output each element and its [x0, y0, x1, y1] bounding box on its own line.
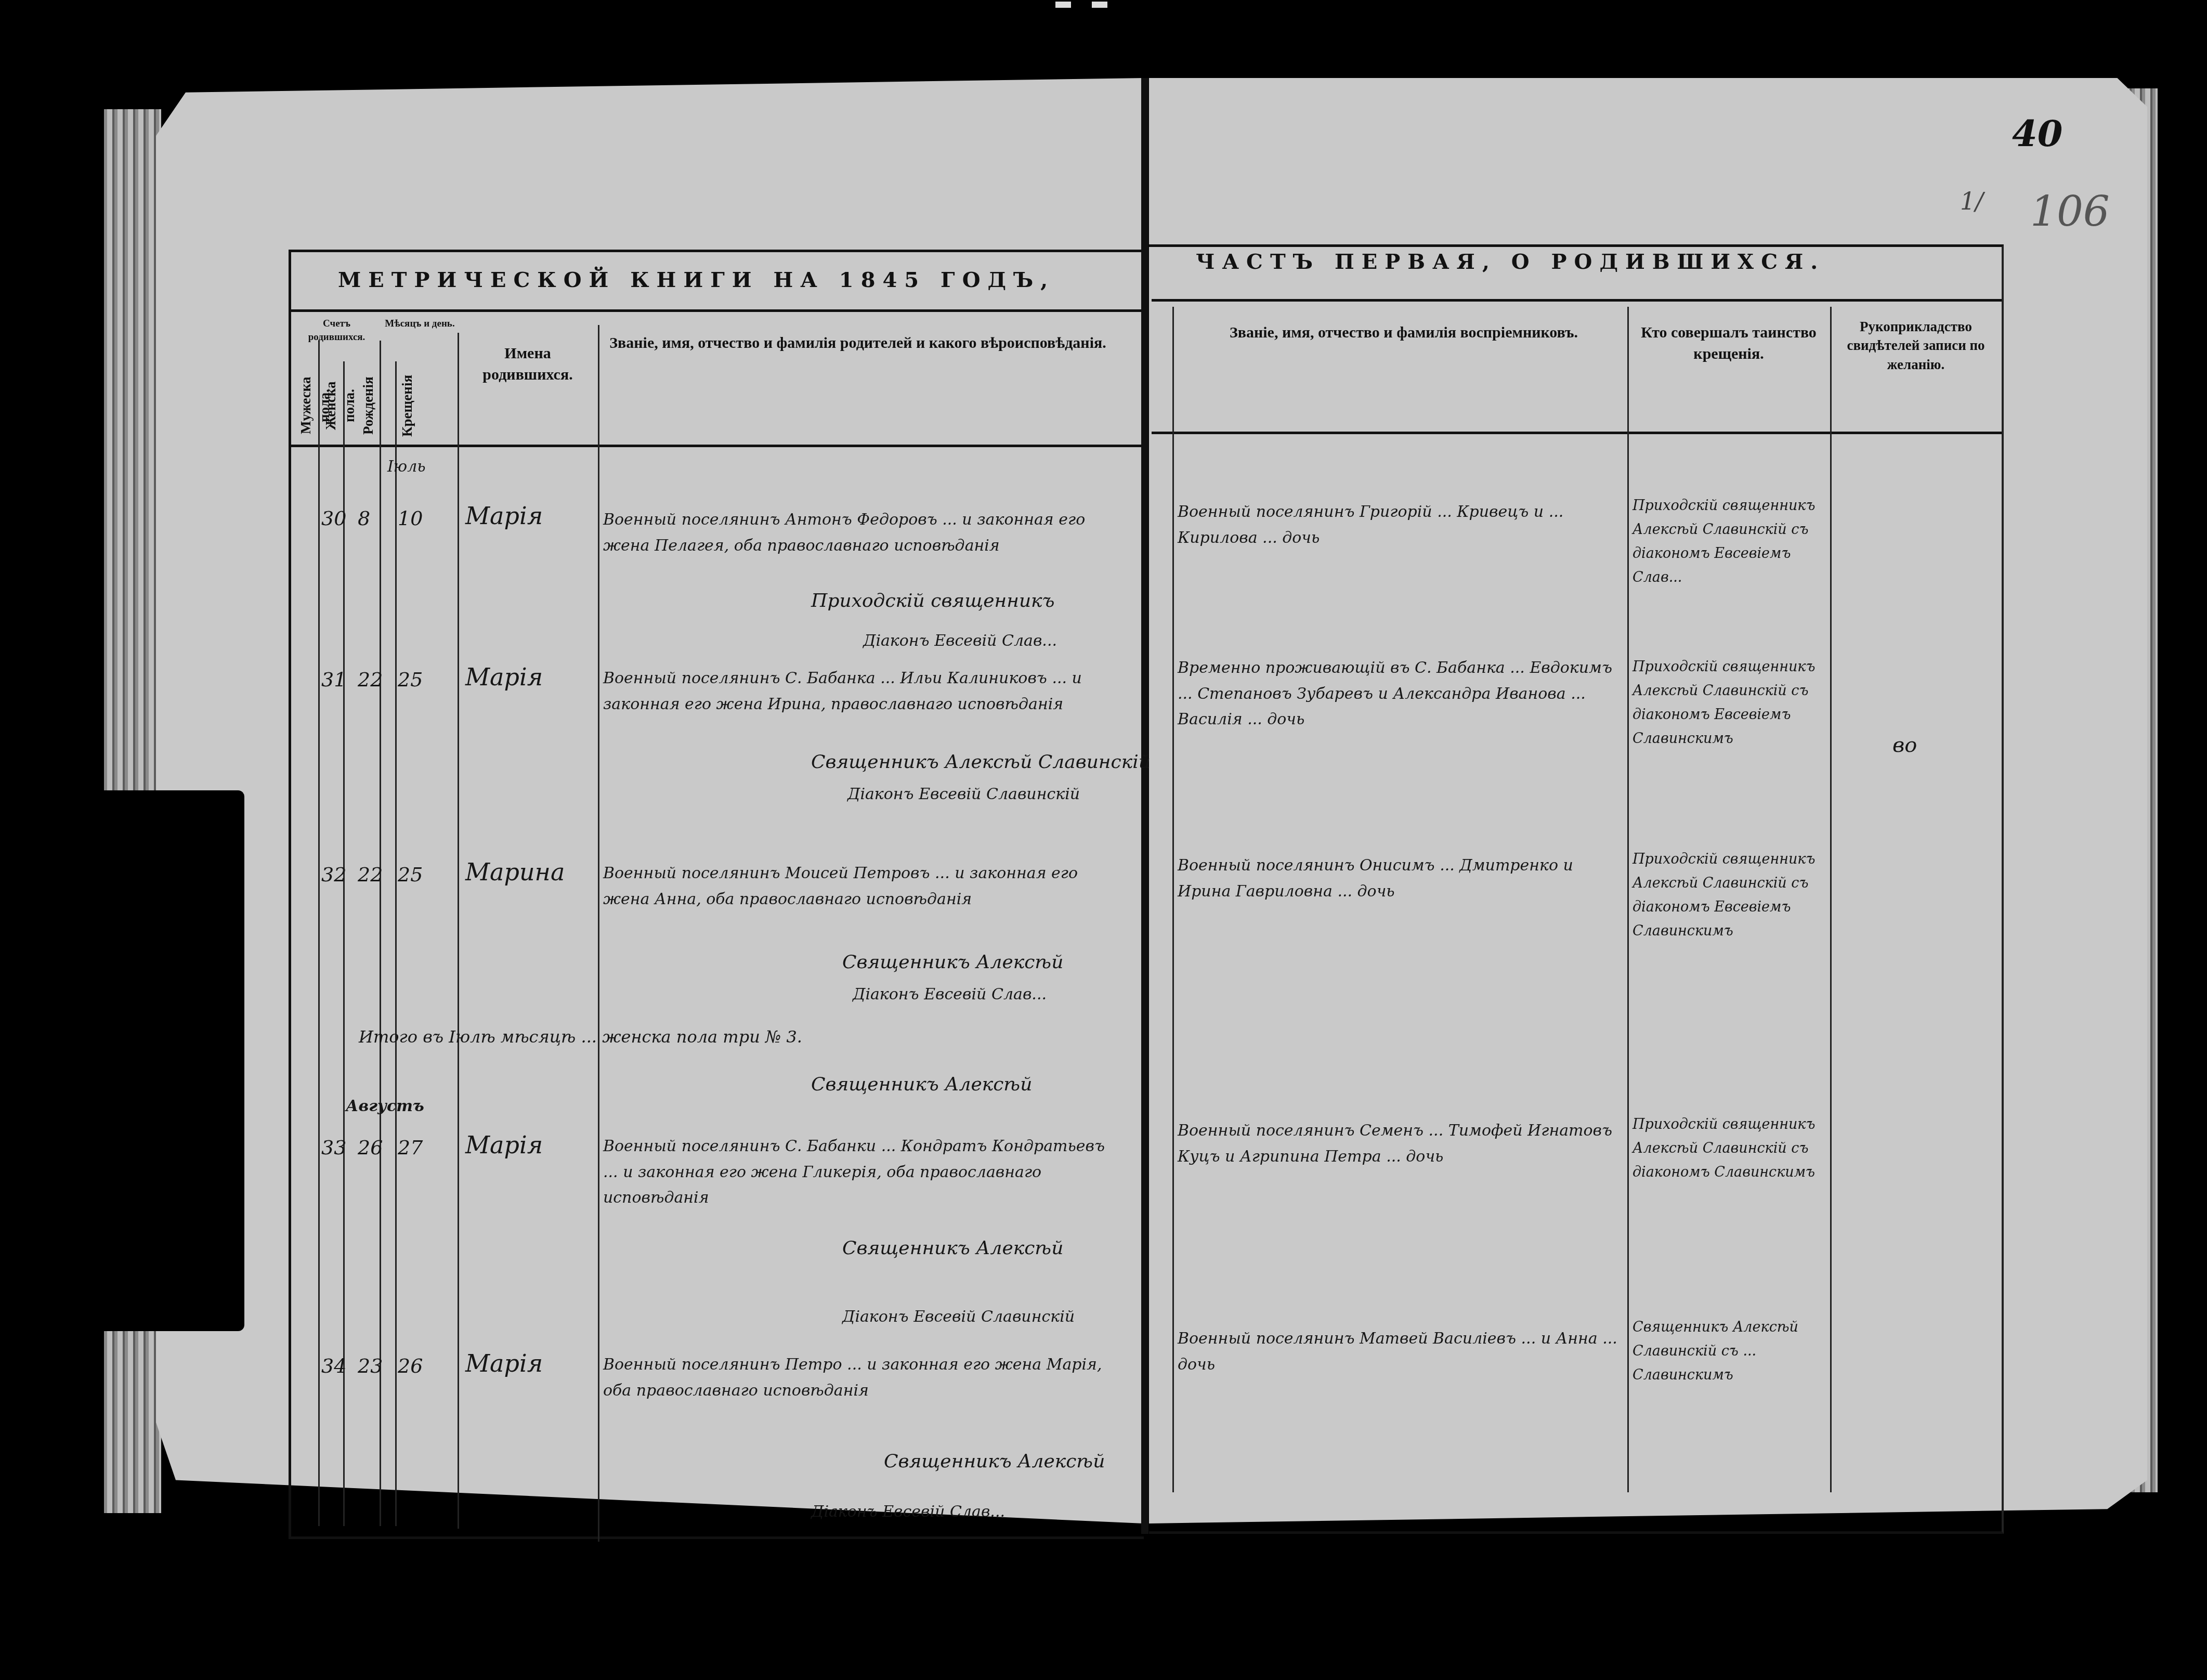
header-bottom-rule-right: [1152, 432, 2002, 434]
col-rule: [380, 341, 381, 1526]
folio-number-pencil: 106: [2030, 187, 2110, 236]
entry-signature-priest-above: Священникъ Алексѣй: [811, 1074, 1032, 1095]
entry-number: 31: [321, 668, 346, 691]
header-names: Имена родившихся.: [463, 343, 593, 385]
entry-parents: Военный поселянинъ С. Бабанка ... Ильи К…: [603, 666, 1113, 717]
header-top-rule-right: [1152, 299, 2002, 302]
header-birth-day: Рожденія: [359, 369, 377, 442]
month-label-july: Іюль: [387, 458, 426, 476]
entry-baptism-day: 25: [398, 863, 423, 886]
col-rule: [1627, 307, 1629, 1492]
entry-godparents: Временно проживающій въ С. Бабанка ... Е…: [1178, 655, 1625, 733]
entry-baptism-day: 26: [398, 1355, 423, 1377]
entry-godparents: Военный поселянинъ Семенъ ... Тимофей Иг…: [1178, 1118, 1625, 1169]
margin-note: во: [1892, 733, 1917, 757]
entry-child-name: Марія: [465, 502, 543, 530]
header-officiant: Кто совершалъ таинство крещенія.: [1633, 322, 1825, 364]
entry-signature-priest: Священникъ Алексѣй: [842, 1238, 1063, 1259]
entry-signature-priest: Приходскій священникъ: [811, 590, 1055, 611]
header-baptism-day: Крещенія: [398, 369, 416, 442]
entry-officiant: Приходскій священникъ Алексѣй Славинскій…: [1633, 494, 1825, 590]
entry-child-name: Марія: [465, 1349, 543, 1377]
col-rule: [1172, 307, 1174, 1492]
entry-number: 30: [321, 507, 346, 530]
entry-signature-deacon: Діаконъ Евсевій Слав...: [863, 632, 1057, 650]
top-marker: [1055, 0, 1175, 12]
header-count-male: Мужеска пола.: [296, 369, 317, 442]
col-rule: [343, 361, 345, 1526]
folio-slash-mark: 1/: [1960, 187, 1983, 215]
entry-signature-deacon: Діаконъ Евсевій Славинскій: [842, 1308, 1075, 1326]
entry-number: 33: [321, 1136, 346, 1159]
header-godparents: Званіе, имя, отчество и фамилія воспріем…: [1196, 322, 1612, 344]
entry-birth-day: 22: [358, 863, 383, 886]
entry-officiant: Приходскій священникъ Алексѣй Славинскій…: [1633, 1113, 1825, 1184]
entry-officiant: Приходскій священникъ Алексѣй Славинскій…: [1633, 848, 1825, 943]
entry-signature-deacon: Діаконъ Евсевій Славинскій: [847, 785, 1080, 803]
entry-parents: Военный поселянинъ Моисей Петровъ ... и …: [603, 861, 1113, 912]
entry-birth-day: 8: [358, 507, 370, 530]
entry-godparents: Военный поселянинъ Онисимъ ... Дмитренко…: [1178, 853, 1625, 904]
header-top-rule-left: [291, 309, 1141, 312]
entry-signature-priest: Священникъ Алексѣй Славинскій: [811, 751, 1151, 773]
entry-signature-priest: Священникъ Алексѣй: [842, 952, 1063, 973]
entry-officiant: Священникъ Алексѣй Славинскій съ ... Сла…: [1633, 1316, 1825, 1387]
entry-baptism-day: 25: [398, 668, 423, 691]
header-count-female: Женска пола.: [321, 369, 342, 442]
entry-parents: Военный поселянинъ С. Бабанки ... Кондра…: [603, 1134, 1113, 1211]
month-summary-line: Итого въ Іюлѣ мѣсяцѣ ... женска пола три…: [359, 1027, 802, 1047]
entry-birth-day: 26: [358, 1136, 383, 1159]
entry-baptism-day: 27: [398, 1136, 423, 1159]
entry-signature-priest: Священникъ Алексѣй: [884, 1451, 1105, 1472]
left-page-title: МЕТРИЧЕСКОЙ КНИГИ НА 1845 ГОДЪ,: [338, 268, 1055, 292]
folio-number-ink: 40: [2012, 112, 2062, 155]
entry-godparents: Военный поселянинъ Григорій ... Кривецъ …: [1178, 499, 1625, 551]
entry-signature-deacon: Діаконъ Евсевій Слав...: [811, 1503, 1005, 1521]
col-rule: [318, 341, 320, 1526]
header-signatures: Рукоприкладство свидѣтелей записи по жел…: [1835, 317, 1996, 374]
book-clamp: [0, 790, 244, 1331]
right-page-title: ЧАСТЪ ПЕРВАЯ, О РОДИВШИХСЯ.: [1196, 250, 1825, 274]
entry-child-name: Марина: [465, 858, 565, 886]
entry-birth-day: 22: [358, 668, 383, 691]
col-rule: [1830, 307, 1832, 1492]
header-parents: Званіе, имя, отчество и фамилія родителе…: [608, 333, 1107, 354]
col-rule: [598, 325, 599, 1542]
entry-baptism-day: 10: [398, 507, 423, 530]
entry-number: 34: [321, 1355, 346, 1377]
month-label-august: Августъ: [346, 1097, 424, 1115]
header-bottom-rule-left: [291, 445, 1141, 447]
entry-godparents: Военный поселянинъ Матвей Василіевъ ... …: [1178, 1326, 1625, 1377]
entry-child-name: Марія: [465, 663, 543, 691]
col-rule: [458, 333, 459, 1529]
entry-signature-deacon: Діаконъ Евсевій Слав...: [853, 985, 1047, 1004]
entry-child-name: Марія: [465, 1131, 543, 1159]
entry-parents: Военный поселянинъ Антонъ Федоровъ ... и…: [603, 507, 1113, 558]
header-date: Мѣсяцъ и день.: [382, 317, 458, 331]
entry-number: 32: [321, 863, 346, 886]
header-count: Счетъ родившихся.: [294, 317, 380, 344]
entry-parents: Военный поселянинъ Петро ... и законная …: [603, 1352, 1113, 1403]
col-rule: [395, 361, 397, 1526]
entry-birth-day: 23: [358, 1355, 383, 1377]
entry-officiant: Приходскій священникъ Алексѣй Славинскій…: [1633, 655, 1825, 751]
